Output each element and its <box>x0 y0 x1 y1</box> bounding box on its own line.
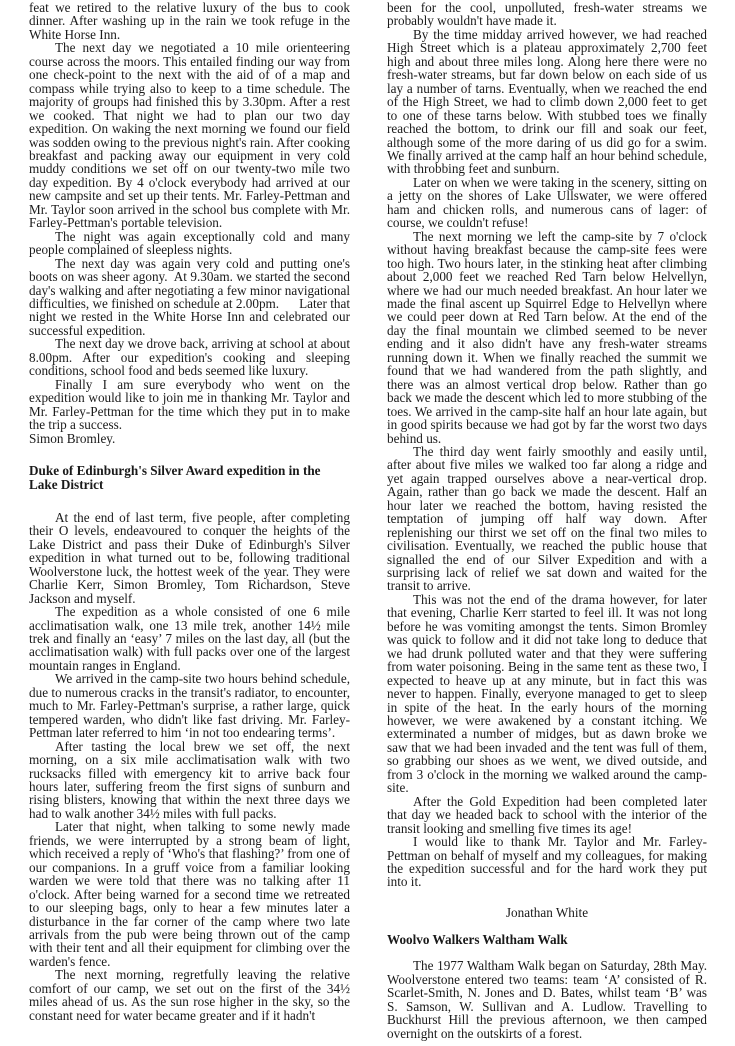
article-title: Duke of Edinburgh's Silver Award expedit… <box>29 464 350 492</box>
paragraph: We arrived in the camp-site two hours be… <box>29 672 350 739</box>
paragraph: The next morning, regretfully leaving th… <box>29 968 350 1022</box>
paragraph: The night was again exceptionally cold a… <box>29 230 350 257</box>
paragraph: After the Gold Expedition had been compl… <box>387 795 707 835</box>
paragraph: The next day was again very cold and put… <box>29 257 350 338</box>
paragraph: The third day went fairly smoothly and e… <box>387 445 707 593</box>
article-title: Woolvo Walkers Waltham Walk <box>387 933 707 947</box>
left-column: feat we retired to the relative luxury o… <box>29 1 350 1022</box>
paragraph: At the end of last term, five people, af… <box>29 511 350 605</box>
paragraph: I would like to thank Mr. Taylor and Mr.… <box>387 835 707 889</box>
paragraph: Later that night, when talking to some n… <box>29 820 350 968</box>
paragraph: Later on when we were taking in the scen… <box>387 176 707 230</box>
paragraph: The expedition as a whole consisted of o… <box>29 605 350 672</box>
author-signature: Jonathan White <box>387 906 707 919</box>
paragraph: The 1977 Waltham Walk began on Saturday,… <box>387 959 707 1040</box>
right-column: been for the cool, unpolluted, fresh-wat… <box>387 1 707 1040</box>
paragraph: The next day we drove back, arriving at … <box>29 337 350 377</box>
author-signature: Simon Bromley. <box>29 432 350 445</box>
paragraph: feat we retired to the relative luxury o… <box>29 1 350 41</box>
paragraph: The next morning we left the camp-site b… <box>387 230 707 445</box>
paragraph: This was not the end of the drama howeve… <box>387 593 707 795</box>
paragraph: been for the cool, unpolluted, fresh-wat… <box>387 1 707 28</box>
paragraph: Finally I am sure everybody who went on … <box>29 378 350 432</box>
paragraph: By the time midday arrived however, we h… <box>387 28 707 176</box>
paragraph: The next day we negotiated a 10 mile ori… <box>29 41 350 229</box>
paragraph: After tasting the local brew we set off,… <box>29 740 350 821</box>
